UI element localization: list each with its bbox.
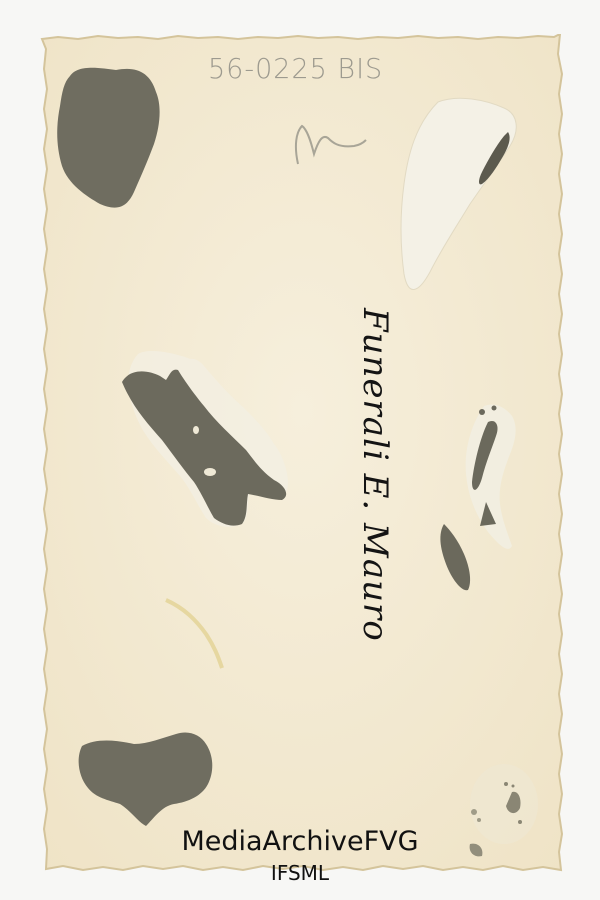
watermark-subtitle: IFSML: [0, 861, 600, 885]
paper-sheet: [38, 34, 570, 886]
photo-card-back: [38, 34, 570, 886]
catalog-number: 56-0225 BIS: [208, 54, 383, 86]
image-stage: 56-0225 BIS Funerali E. Mauro MediaArchi…: [0, 0, 600, 900]
watermark-title: MediaArchiveFVG: [0, 826, 600, 857]
handwritten-caption: Funerali E. Mauro: [355, 308, 395, 642]
